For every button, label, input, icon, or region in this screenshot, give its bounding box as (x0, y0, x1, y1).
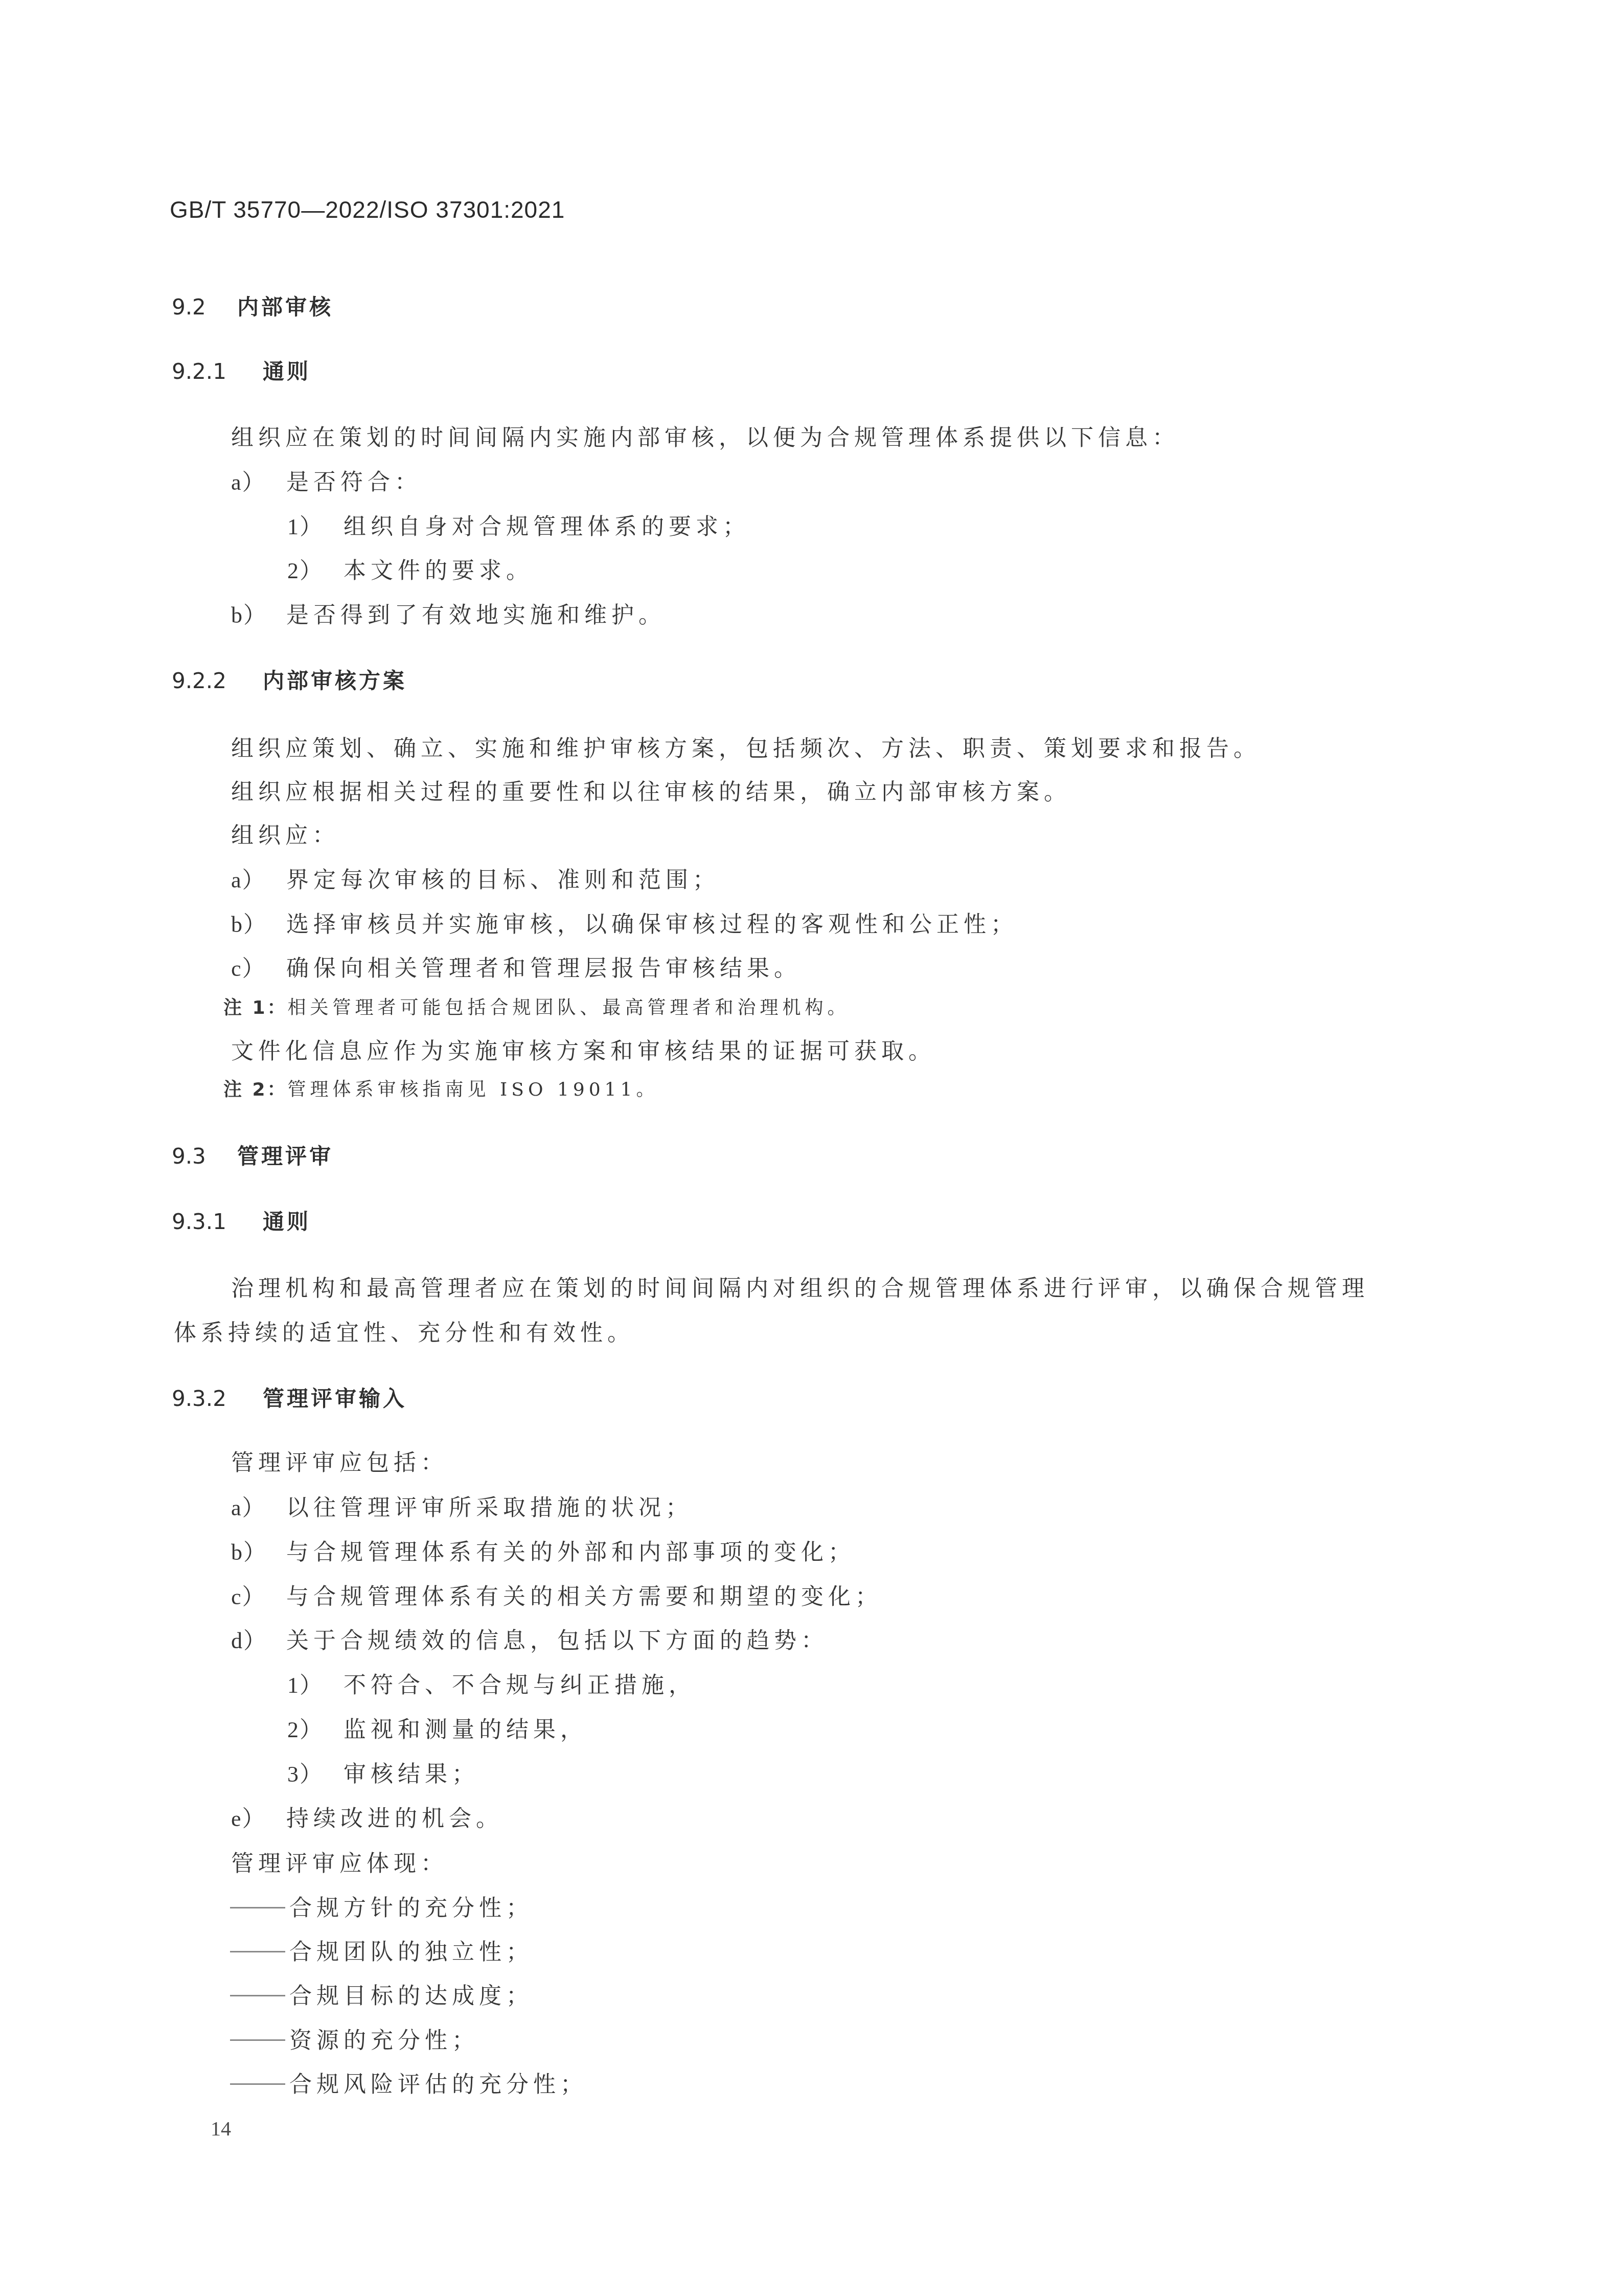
list-subitem: 3）审核结果； (287, 1763, 479, 1786)
list-text: 审核结果； (344, 1761, 479, 1787)
list-text: 关于合规绩效的信息，包括以下方面的趋势： (286, 1628, 828, 1654)
list-label: c） (231, 958, 286, 980)
section-number: 9.2.2 (172, 670, 263, 692)
list-text: 本文件的要求。 (344, 558, 533, 584)
list-text: 合规团队的独立性； (289, 1939, 533, 1965)
paragraph: 文件化信息应作为实施审核方案和审核结果的证据可获取。 (231, 1040, 935, 1063)
paragraph: 组织应根据相关过程的重要性和以往审核的结果，确立内部审核方案。 (231, 781, 1071, 804)
section-number: 9.3.1 (172, 1211, 263, 1233)
list-label: 1） (287, 516, 344, 538)
dash-list-item: 合规团队的独立性； (230, 1941, 533, 1964)
paragraph: 管理评审应体现： (231, 1853, 448, 1875)
em-dash-icon (230, 2083, 285, 2085)
note-label: 注 2： (223, 1079, 288, 1100)
dash-list-item: 资源的充分性； (230, 2030, 479, 2052)
paragraph-continuation: 体系持续的适宜性、充分性和有效性。 (174, 1322, 634, 1345)
section-title: 内部审核方案 (263, 668, 407, 693)
paragraph: 管理评审应包括： (231, 1452, 448, 1474)
list-label: a） (231, 1497, 286, 1519)
paragraph: 组织应在策划的时间间隔内实施内部审核，以便为合规管理体系提供以下信息： (231, 427, 1179, 449)
list-text: 合规风险评估的充分性； (289, 2072, 587, 2098)
note-text: 相关管理者可能包括合规团队、最高管理者和治理机构。 (288, 997, 850, 1018)
section-heading-9-3-2: 9.3.2管理评审输入 (172, 1388, 407, 1410)
section-title: 内部审核 (237, 294, 333, 320)
list-subitem: 2）监视和测量的结果， (287, 1719, 587, 1741)
list-label: 1） (287, 1674, 344, 1697)
section-number: 9.3.2 (172, 1388, 263, 1410)
list-text: 不符合、不合规与纠正措施， (344, 1672, 696, 1698)
section-heading-9-2-1: 9.2.1通则 (172, 361, 311, 382)
page-number: 14 (211, 2119, 231, 2139)
section-title: 管理评审 (237, 1144, 333, 1169)
list-text: 与合规管理体系有关的相关方需要和期望的变化； (286, 1584, 882, 1610)
list-item: d）关于合规绩效的信息，包括以下方面的趋势： (231, 1630, 828, 1652)
list-text: 监视和测量的结果， (344, 1717, 587, 1743)
list-text: 选择审核员并实施审核，以确保审核过程的客观性和公正性； (286, 912, 1018, 938)
standard-code-header: GB/T 35770—2022/ISO 37301:2021 (170, 198, 565, 221)
list-label: b） (231, 1541, 286, 1564)
list-text: 持续改进的机会。 (286, 1806, 503, 1832)
section-heading-9-2: 9.2内部审核 (172, 297, 333, 318)
note-1: 注 1：相关管理者可能包括合规团队、最高管理者和治理机构。 (223, 999, 850, 1017)
section-title: 通则 (263, 359, 311, 384)
list-item: c）与合规管理体系有关的相关方需要和期望的变化； (231, 1586, 882, 1608)
list-subitem: 2）本文件的要求。 (287, 560, 533, 582)
list-item: a）界定每次审核的目标、准则和范围； (231, 869, 720, 892)
em-dash-icon (230, 1907, 285, 1908)
section-heading-9-2-2: 9.2.2内部审核方案 (172, 670, 407, 692)
list-item: c）确保向相关管理者和管理层报告审核结果。 (231, 958, 801, 980)
note-label: 注 1： (223, 997, 288, 1018)
dash-list-item: 合规风险评估的充分性； (230, 2074, 587, 2096)
dash-list-item: 合规目标的达成度； (230, 1985, 533, 2008)
list-item: a）以往管理评审所采取措施的状况； (231, 1497, 693, 1519)
section-number: 9.3 (172, 1146, 237, 1167)
dash-list-item: 合规方针的充分性； (230, 1897, 533, 1920)
list-text: 界定每次审核的目标、准则和范围； (286, 867, 720, 893)
paragraph: 组织应： (231, 825, 339, 847)
list-item: b）是否得到了有效地实施和维护。 (231, 604, 666, 627)
em-dash-icon (230, 2039, 285, 2041)
section-number: 9.2 (172, 297, 237, 318)
list-text: 是否符合： (286, 469, 422, 495)
list-text: 确保向相关管理者和管理层报告审核结果。 (286, 956, 801, 982)
em-dash-icon (230, 1951, 285, 1952)
list-item: e）持续改进的机会。 (231, 1808, 503, 1830)
list-text: 是否得到了有效地实施和维护。 (286, 602, 666, 628)
list-label: 3） (287, 1763, 344, 1786)
list-item: b）选择审核员并实施审核，以确保审核过程的客观性和公正性； (231, 914, 1018, 936)
list-label: 2） (287, 560, 344, 582)
list-subitem: 1）不符合、不合规与纠正措施， (287, 1674, 696, 1697)
section-heading-9-3-1: 9.3.1通则 (172, 1211, 311, 1233)
section-heading-9-3: 9.3管理评审 (172, 1146, 333, 1167)
list-item: b）与合规管理体系有关的外部和内部事项的变化； (231, 1541, 855, 1564)
list-label: b） (231, 604, 286, 627)
section-title: 管理评审输入 (263, 1386, 407, 1411)
note-2: 注 2：管理体系审核指南见 ISO 19011。 (223, 1081, 658, 1099)
list-label: e） (231, 1808, 286, 1830)
list-text: 以往管理评审所采取措施的状况； (286, 1495, 693, 1521)
paragraph: 治理机构和最高管理者应在策划的时间间隔内对组织的合规管理体系进行评审，以确保合规… (231, 1278, 1369, 1300)
list-text: 资源的充分性； (289, 2028, 479, 2054)
list-text: 合规方针的充分性； (289, 1895, 533, 1921)
list-label: b） (231, 914, 286, 936)
note-text: 管理体系审核指南见 ISO 19011。 (288, 1079, 659, 1100)
list-label: 2） (287, 1719, 344, 1741)
list-label: c） (231, 1586, 286, 1608)
list-item: a）是否符合： (231, 471, 422, 494)
paragraph: 组织应策划、确立、实施和维护审核方案，包括频次、方法、职责、策划要求和报告。 (231, 738, 1261, 760)
list-label: d） (231, 1630, 286, 1652)
list-text: 组织自身对合规管理体系的要求； (344, 514, 750, 540)
list-text: 与合规管理体系有关的外部和内部事项的变化； (286, 1539, 855, 1565)
list-subitem: 1）组织自身对合规管理体系的要求； (287, 516, 750, 538)
list-label: a） (231, 471, 286, 494)
em-dash-icon (230, 1995, 285, 1996)
list-text: 合规目标的达成度； (289, 1983, 533, 2009)
section-number: 9.2.1 (172, 361, 263, 382)
list-label: a） (231, 869, 286, 892)
section-title: 通则 (263, 1209, 311, 1234)
